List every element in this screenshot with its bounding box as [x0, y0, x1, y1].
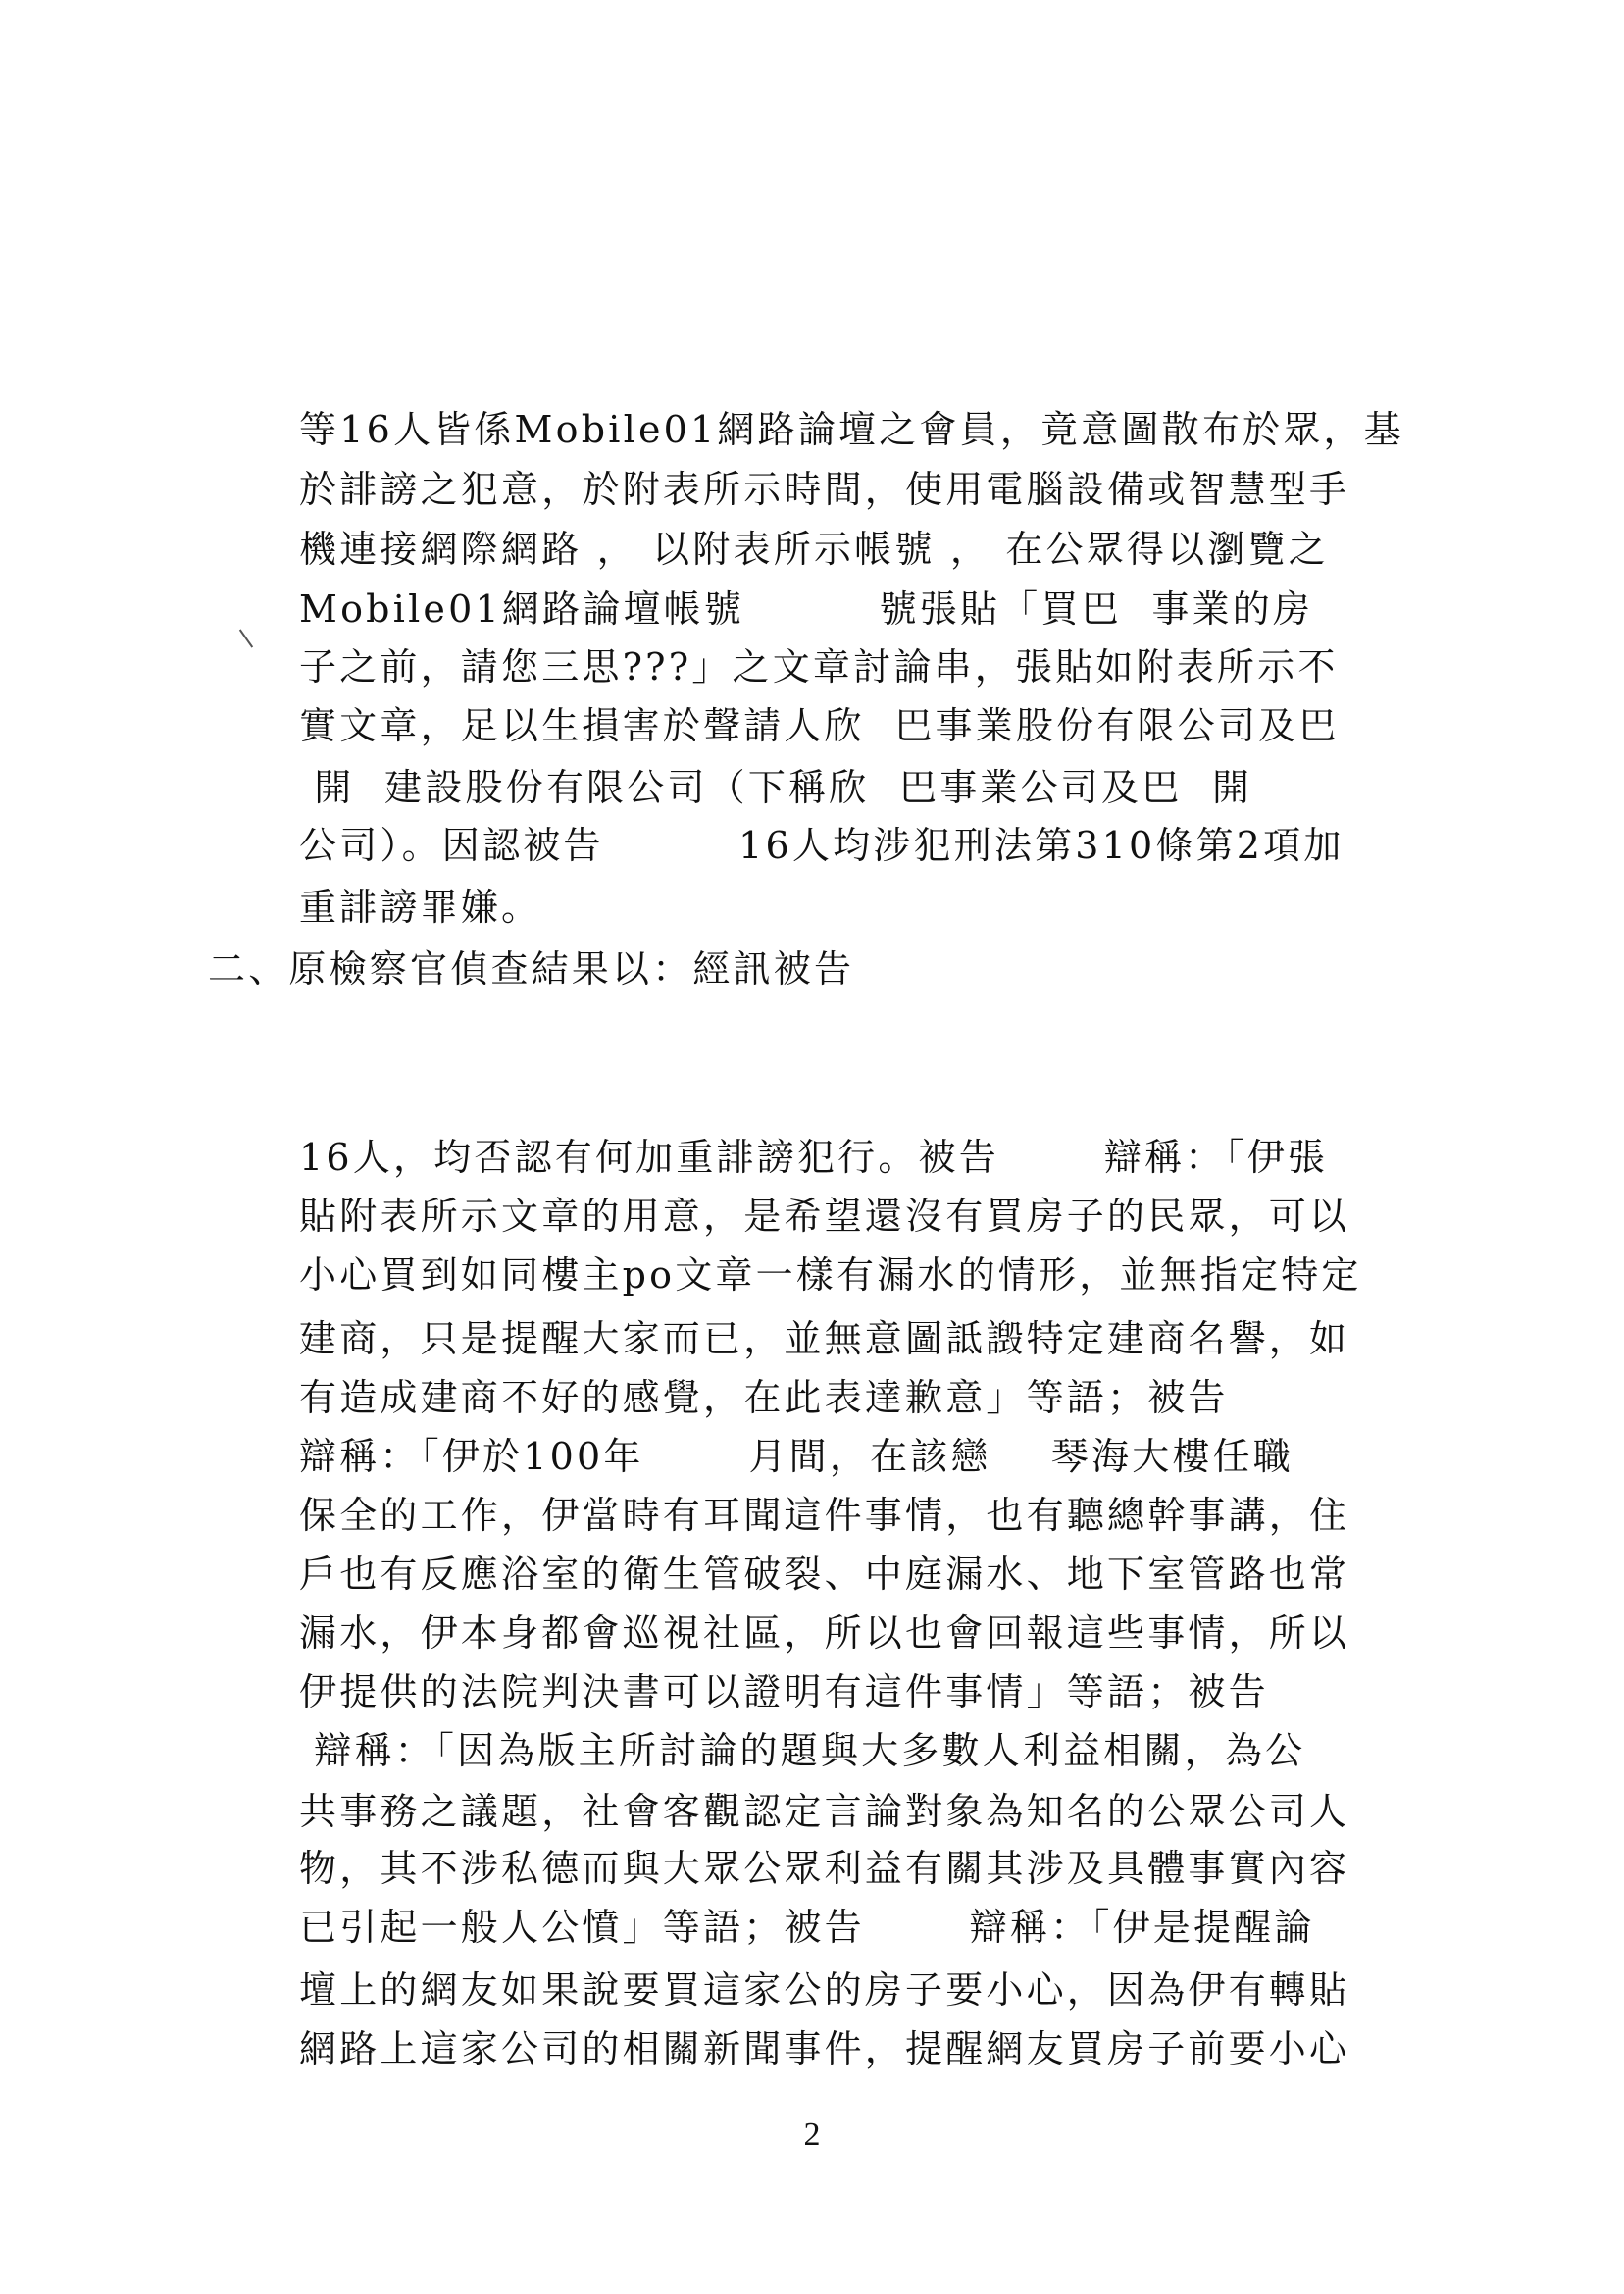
paragraph-2-line: 小心買到如同樓主po文章一樣有漏水的情形，並無指定特定	[299, 1250, 1362, 1300]
paragraph-2-line: 共事務之議題，社會客觀認定言論對象為知名的公眾公司人	[299, 1787, 1349, 1836]
section-2-heading: 二、原檢察官偵查結果以：經訊被告	[208, 944, 854, 994]
paragraph-2-line: 網路上這家公司的相關新聞事件，提醒網友買房子前要小心	[299, 2024, 1349, 2073]
paragraph-2-line: 辯稱：「因為版主所討論的題與大多數人利益相關，為公	[299, 1726, 1305, 1775]
paragraph-2-line: 漏水，伊本身都會巡視社區，所以也會回報這些事情，所以	[299, 1608, 1349, 1657]
paragraph-2-line: 已引起一般人公憤」等語；被告 辯稱：「伊是提醒論	[299, 1903, 1315, 1952]
paragraph-2-line: 伊提供的法院判決書可以證明有這件事情」等語；被告	[299, 1667, 1269, 1716]
paragraph-1-line: 子之前，請您三思???」之文章討論串，張貼如附表所示不	[299, 642, 1339, 691]
paragraph-1-line: 重誹謗罪嫌。	[299, 883, 541, 932]
paragraph-2-line: 16人，均否認有何加重誹謗犯行。被告 辯稱：「伊張	[299, 1133, 1328, 1182]
paragraph-2-line: 戶也有反應浴室的衛生管破裂、中庭漏水、地下室管路也常	[299, 1550, 1349, 1599]
paragraph-2-line: 壇上的網友如果說要買這家公的房子要小心，因為伊有轉貼	[299, 1965, 1349, 2014]
paragraph-1-line: 實文章，足以生損害於聲請人欣 巴事業股份有限公司及巴	[299, 701, 1340, 750]
paragraph-1-line: 公司）。因認被告 16人均涉犯刑法第310條第2項加	[299, 821, 1345, 870]
paragraph-2-line: 保全的工作，伊當時有耳聞這件事情，也有聽總幹事講，住	[299, 1491, 1349, 1540]
paragraph-2-line: 有造成建商不好的感覺，在此表達歉意」等語；被告	[299, 1373, 1229, 1422]
paragraph-1-line: 於誹謗之犯意，於附表所示時間，使用電腦設備或智慧型手	[299, 465, 1349, 514]
paragraph-2-line: 辯稱：「伊於100年 月間，在該戀 琴海大樓任職	[299, 1432, 1294, 1481]
page-number: 2	[0, 2116, 1624, 2154]
paragraph-2-line: 建商，只是提醒大家而已，並無意圖詆譭特定建商名譽，如	[299, 1314, 1349, 1363]
scan-artifact-mark	[239, 629, 253, 647]
paragraph-2-line: 物，其不涉私德而與大眾公眾利益有關其涉及具體事實內容	[299, 1844, 1349, 1893]
paragraph-1-line: 等16人皆係Mobile01網路論壇之會員，竟意圖散布於眾，基	[299, 405, 1404, 454]
paragraph-2-line: 貼附表所示文章的用意，是希望還沒有買房子的民眾，可以	[299, 1192, 1349, 1241]
paragraph-1-line: Mobile01網路論壇帳號 號張貼「買巴 事業的房	[299, 585, 1313, 634]
paragraph-1-line: 開 建設股份有限公司（下稱欣 巴事業公司及巴 開	[299, 763, 1252, 812]
paragraph-1-line: 機連接網際網路 ， 以附表所示帳號 ， 在公眾得以瀏覽之	[299, 525, 1329, 574]
